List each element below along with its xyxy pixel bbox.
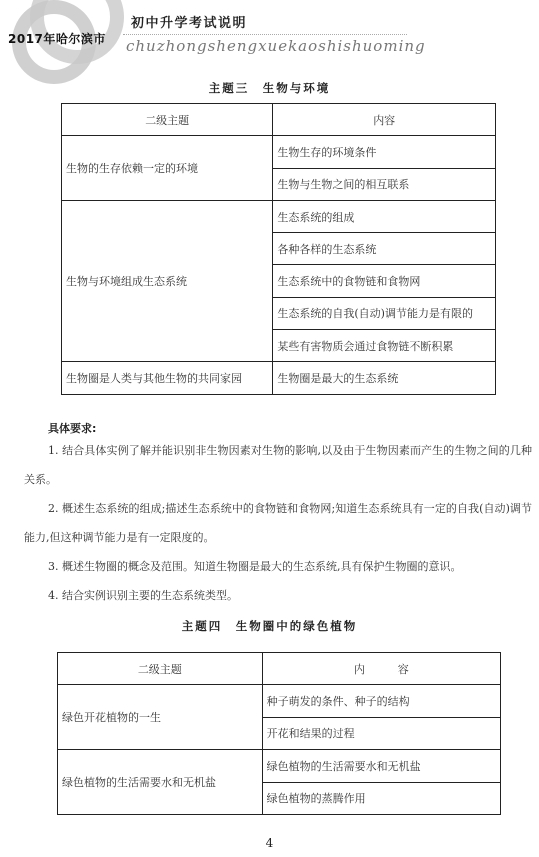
subtopic-cell: 生物圈是人类与其他生物的共同家园: [62, 362, 273, 394]
content-cell: 某些有害物质会通过食物链不断积累: [273, 330, 496, 362]
book-title: 初中升学考试说明: [131, 12, 247, 31]
table-header-row: 二级主题 内 容: [58, 653, 501, 685]
topic3-table: 二级主题 内容 生物的生存依赖一定的环境 生物生存的环境条件 生物与生物之间的相…: [61, 103, 496, 395]
requirement-item: 2. 概述生态系统的组成;描述生态系统中的食物链和食物网;知道生态系统具有一定的…: [24, 494, 532, 552]
table-row: 生物圈是人类与其他生物的共同家园 生物圈是最大的生态系统: [62, 362, 496, 394]
content-cell: 各种各样的生态系统: [273, 233, 496, 265]
column-header: 内 容: [262, 653, 500, 685]
content-cell: 绿色植物的蒸腾作用: [262, 782, 500, 814]
column-header: 二级主题: [62, 104, 273, 136]
year-city-label: 2017年哈尔滨市: [8, 30, 106, 47]
content-cell: 生物与生物之间的相互联系: [273, 168, 496, 200]
column-header: 内容: [273, 104, 496, 136]
subtopic-cell: 生物的生存依赖一定的环境: [62, 136, 273, 201]
subtopic-cell: 生物与环境组成生态系统: [62, 200, 273, 361]
content-cell: 绿色植物的生活需要水和无机盐: [262, 750, 500, 782]
content-cell: 生态系统的组成: [273, 200, 496, 232]
header-divider: [123, 34, 407, 35]
topic3-title: 主题三 生物与环境: [0, 80, 539, 96]
content-cell: 生物圈是最大的生态系统: [273, 362, 496, 394]
subtopic-cell: 绿色开花植物的一生: [58, 685, 263, 750]
requirement-item: 1. 结合具体实例了解并能识别非生物因素对生物的影响,以及由于生物因素而产生的生…: [24, 436, 532, 494]
topic4-title: 主题四 生物圈中的绿色植物: [0, 618, 539, 634]
content-cell: 生态系统的自我(自动)调节能力是有限的: [273, 297, 496, 329]
topic4-table: 二级主题 内 容 绿色开花植物的一生 种子萌发的条件、种子的结构 开花和结果的过…: [57, 652, 501, 815]
requirement-item: 3. 概述生物圈的概念及范围。知道生物圈是最大的生态系统,具有保护生物圈的意识。: [24, 552, 532, 581]
table-row: 生物的生存依赖一定的环境 生物生存的环境条件: [62, 136, 496, 168]
requirement-item: 4. 结合实例识别主要的生态系统类型。: [24, 581, 532, 610]
requirements-heading: 具体要求:: [48, 420, 96, 436]
table-header-row: 二级主题 内容: [62, 104, 496, 136]
table-row: 生物与环境组成生态系统 生态系统的组成: [62, 200, 496, 232]
column-header: 二级主题: [58, 653, 263, 685]
content-cell: 种子萌发的条件、种子的结构: [262, 685, 500, 717]
subtopic-cell: 绿色植物的生活需要水和无机盐: [58, 750, 263, 815]
content-cell: 生态系统中的食物链和食物网: [273, 265, 496, 297]
table-row: 绿色开花植物的一生 种子萌发的条件、种子的结构: [58, 685, 501, 717]
page-number: 4: [0, 836, 539, 850]
table-row: 绿色植物的生活需要水和无机盐 绿色植物的生活需要水和无机盐: [58, 750, 501, 782]
content-cell: 开花和结果的过程: [262, 717, 500, 749]
book-title-pinyin: chuzhongshengxuekaoshishuoming: [126, 37, 426, 55]
content-cell: 生物生存的环境条件: [273, 136, 496, 168]
